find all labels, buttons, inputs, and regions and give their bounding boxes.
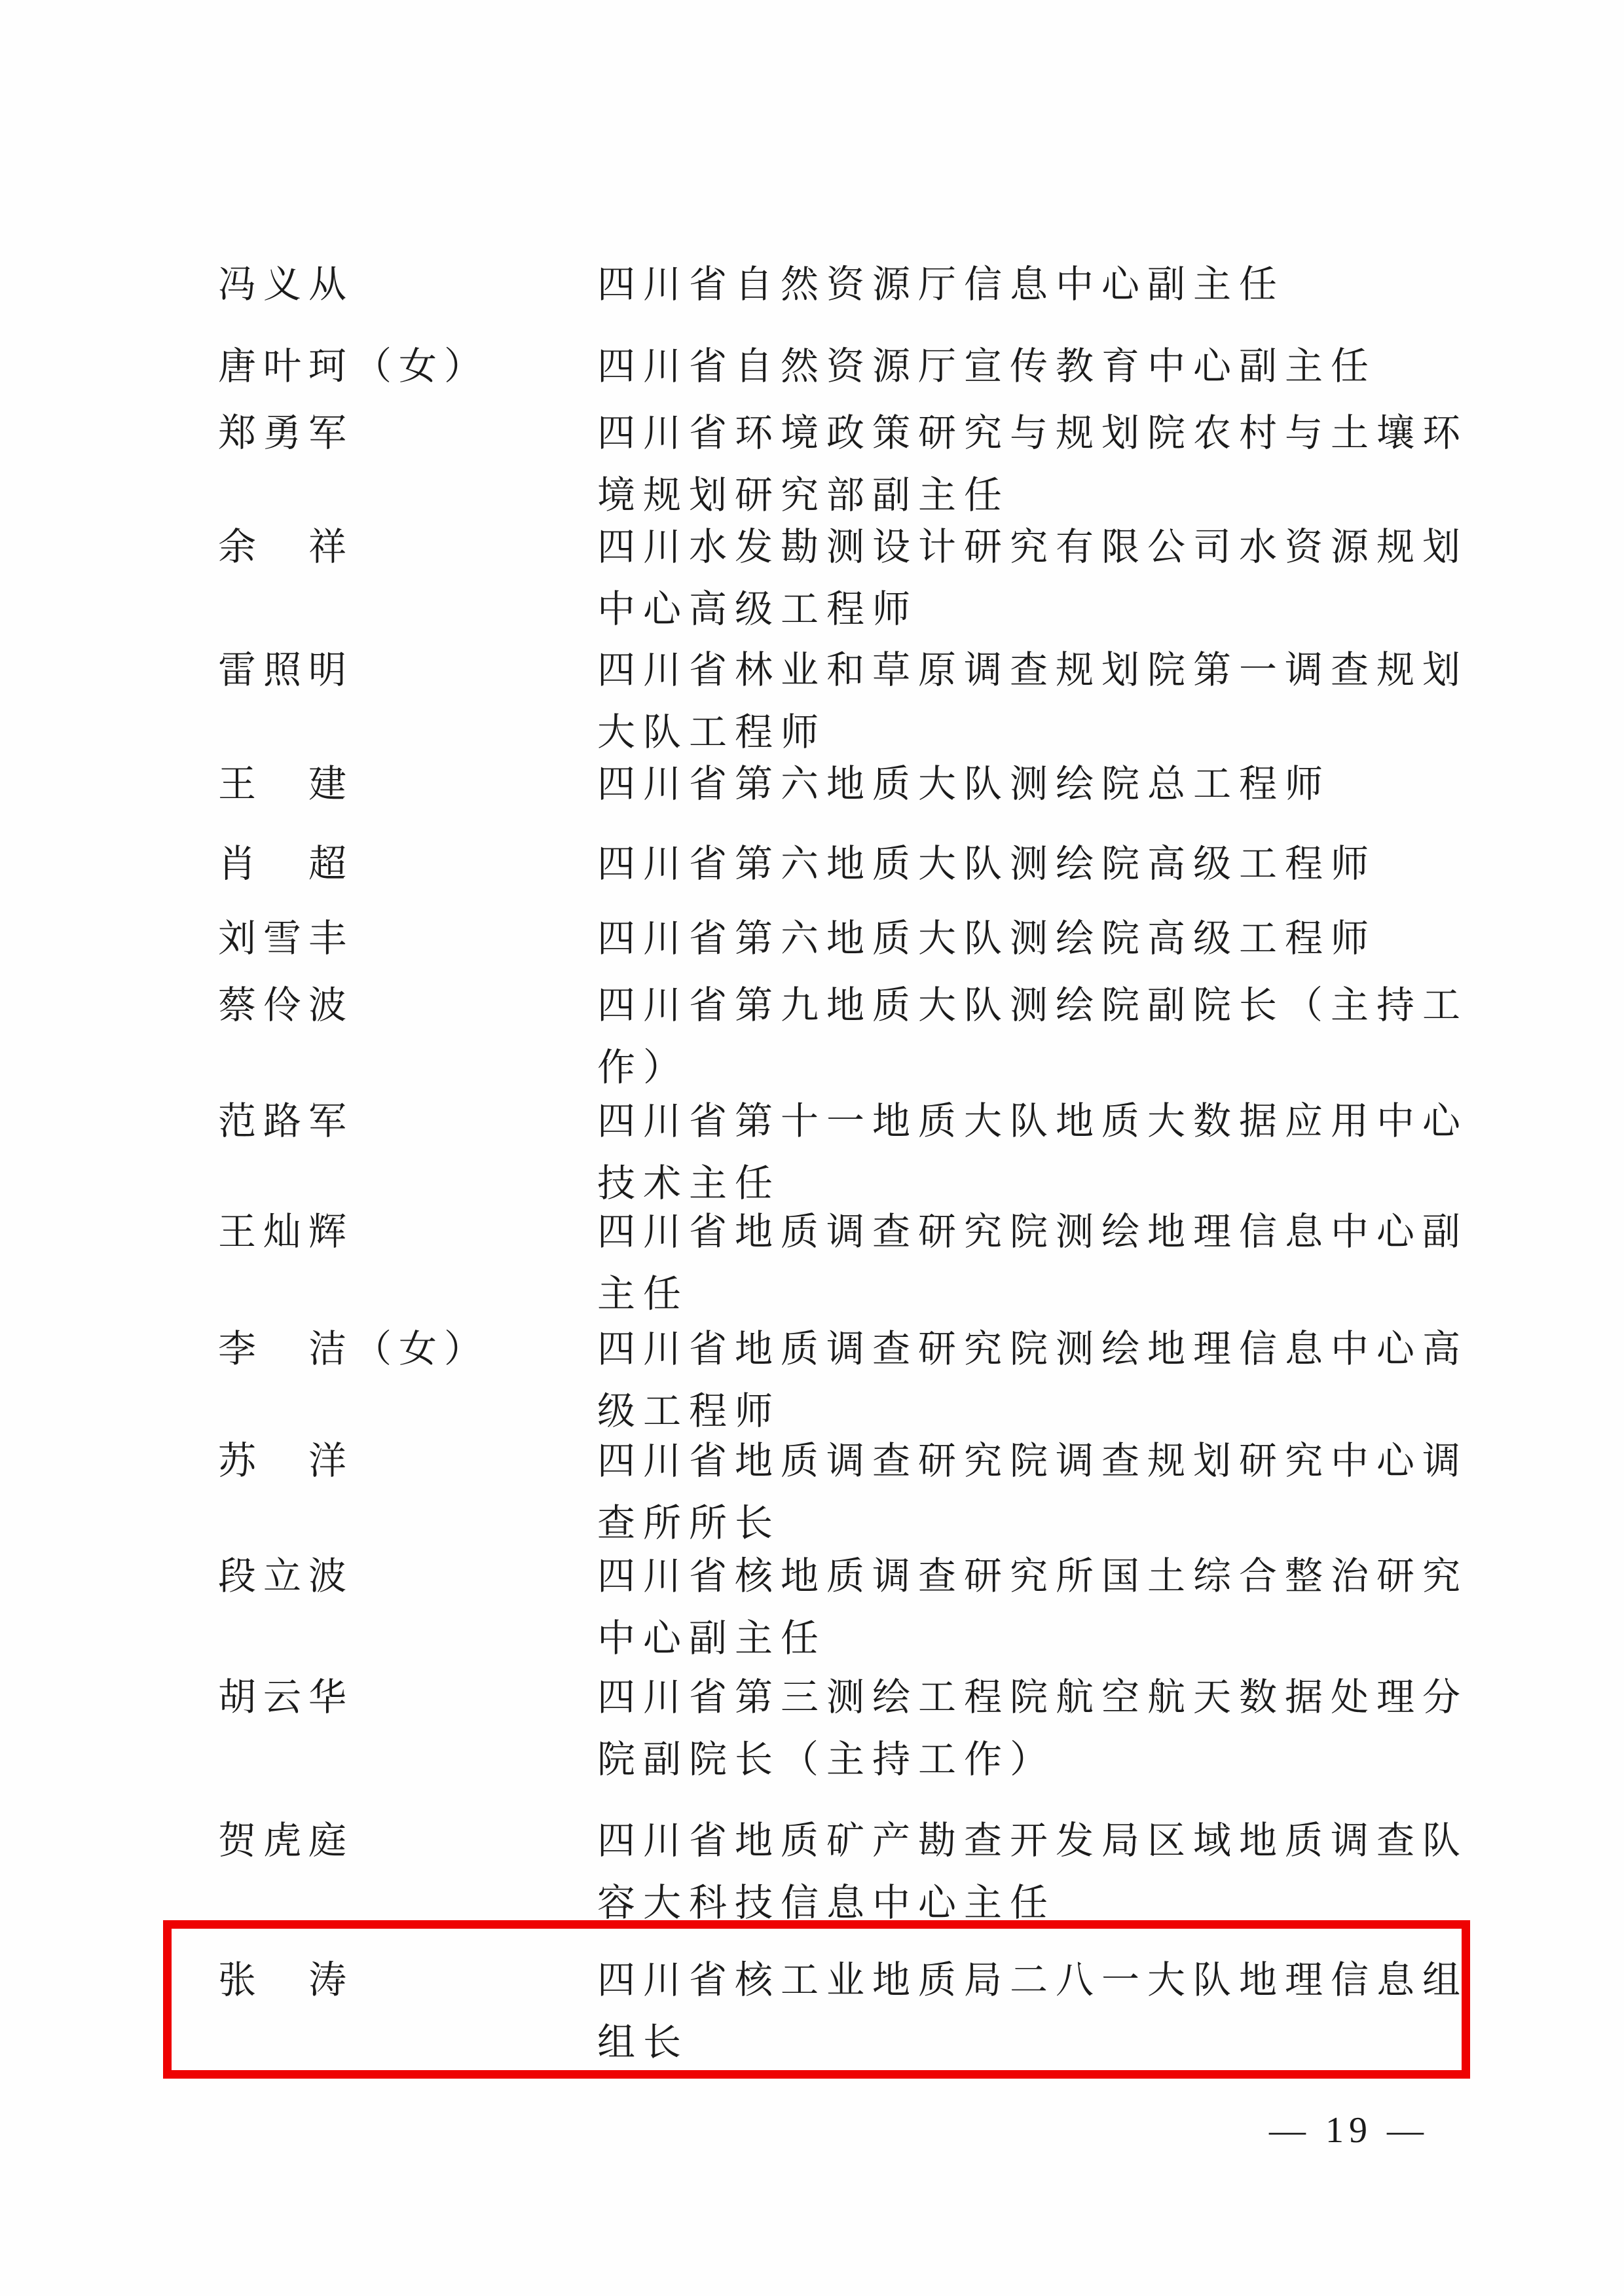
person-title-line: 中心副主任 <box>597 1607 1488 1669</box>
person-title-line: 四川省地质调查研究院测绘地理信息中心高 <box>597 1318 1488 1380</box>
person-name: 贺虎庭 <box>218 1810 585 1872</box>
person-title-line: 四川省核地质调查研究所国土综合整治研究 <box>597 1545 1488 1607</box>
person-title: 四川省第六地质大队测绘院高级工程师 <box>597 907 1488 970</box>
person-title-line: 组长 <box>597 2011 1488 2073</box>
person-title-line: 四川省第六地质大队测绘院总工程师 <box>597 753 1488 815</box>
document-page: — 19 — 冯义从四川省自然资源厅信息中心副主任唐叶珂（女）四川省自然资源厅宣… <box>0 0 1624 2296</box>
person-title-line: 四川省林业和草原调查规划院第一调查规划 <box>597 639 1488 701</box>
page-number: — 19 — <box>1218 2109 1480 2151</box>
person-name: 王灿辉 <box>218 1201 585 1263</box>
person-title: 四川省自然资源厅宣传教育中心副主任 <box>597 335 1488 397</box>
person-title: 四川省第六地质大队测绘院高级工程师 <box>597 833 1488 895</box>
person-title-line: 四川省第三测绘工程院航空航天数据处理分 <box>597 1666 1488 1728</box>
person-name: 唐叶珂（女） <box>218 335 585 397</box>
person-title-line: 主任 <box>597 1263 1488 1325</box>
person-title-line: 四川省第六地质大队测绘院高级工程师 <box>597 833 1488 895</box>
person-title-line: 容大科技信息中心主任 <box>597 1872 1488 1934</box>
person-name: 肖 超 <box>218 833 585 895</box>
person-title: 四川省核工业地质局二八一大队地理信息组组长 <box>597 1949 1488 2073</box>
person-title-line: 四川省第六地质大队测绘院高级工程师 <box>597 907 1488 970</box>
person-name: 段立波 <box>218 1545 585 1607</box>
person-title-line: 四川省环境政策研究与规划院农村与土壤环 <box>597 402 1488 464</box>
person-title-line: 四川省地质矿产勘查开发局区域地质调查队 <box>597 1810 1488 1872</box>
person-title-line: 四川省自然资源厅信息中心副主任 <box>597 253 1488 316</box>
person-name: 冯义从 <box>218 253 585 316</box>
person-title-line: 四川省地质调查研究院测绘地理信息中心副 <box>597 1201 1488 1263</box>
person-title: 四川省自然资源厅信息中心副主任 <box>597 253 1488 316</box>
person-title: 四川省林业和草原调查规划院第一调查规划大队工程师 <box>597 639 1488 763</box>
person-title-line: 中心高级工程师 <box>597 578 1488 640</box>
person-title: 四川省第三测绘工程院航空航天数据处理分院副院长（主持工作） <box>597 1666 1488 1791</box>
person-name: 张 涛 <box>218 1949 585 2011</box>
person-title: 四川省地质调查研究院测绘地理信息中心高级工程师 <box>597 1318 1488 1442</box>
person-title-line: 四川省核工业地质局二八一大队地理信息组 <box>597 1949 1488 2011</box>
person-title: 四川省第十一地质大队地质大数据应用中心技术主任 <box>597 1090 1488 1214</box>
person-name: 郑勇军 <box>218 402 585 464</box>
person-name: 王 建 <box>218 753 585 815</box>
person-name: 雷照明 <box>218 639 585 701</box>
person-title: 四川省地质调查研究院测绘地理信息中心副主任 <box>597 1201 1488 1325</box>
person-name: 蔡伶波 <box>218 974 585 1036</box>
person-title-line: 四川水发勘测设计研究有限公司水资源规划 <box>597 516 1488 578</box>
person-title-line: 四川省第十一地质大队地质大数据应用中心 <box>597 1090 1488 1152</box>
person-title-line: 院副院长（主持工作） <box>597 1728 1488 1791</box>
person-name: 余 祥 <box>218 516 585 578</box>
person-title: 四川省第六地质大队测绘院总工程师 <box>597 753 1488 815</box>
person-title-line: 四川省自然资源厅宣传教育中心副主任 <box>597 335 1488 397</box>
person-title: 四川省核地质调查研究所国土综合整治研究中心副主任 <box>597 1545 1488 1669</box>
person-title-line: 四川省地质调查研究院调查规划研究中心调 <box>597 1430 1488 1492</box>
person-title-line: 四川省第九地质大队测绘院副院长（主持工 <box>597 974 1488 1036</box>
person-name: 胡云华 <box>218 1666 585 1728</box>
person-name: 李 洁（女） <box>218 1318 585 1380</box>
person-title: 四川省第九地质大队测绘院副院长（主持工作） <box>597 974 1488 1099</box>
person-name: 范路军 <box>218 1090 585 1152</box>
person-name: 苏 洋 <box>218 1430 585 1492</box>
person-title: 四川省地质调查研究院调查规划研究中心调查所所长 <box>597 1430 1488 1554</box>
person-title: 四川省地质矿产勘查开发局区域地质调查队容大科技信息中心主任 <box>597 1810 1488 1934</box>
person-name: 刘雪丰 <box>218 907 585 970</box>
person-title-line: 作） <box>597 1036 1488 1099</box>
person-title: 四川水发勘测设计研究有限公司水资源规划中心高级工程师 <box>597 516 1488 640</box>
person-title: 四川省环境政策研究与规划院农村与土壤环境规划研究部副主任 <box>597 402 1488 526</box>
